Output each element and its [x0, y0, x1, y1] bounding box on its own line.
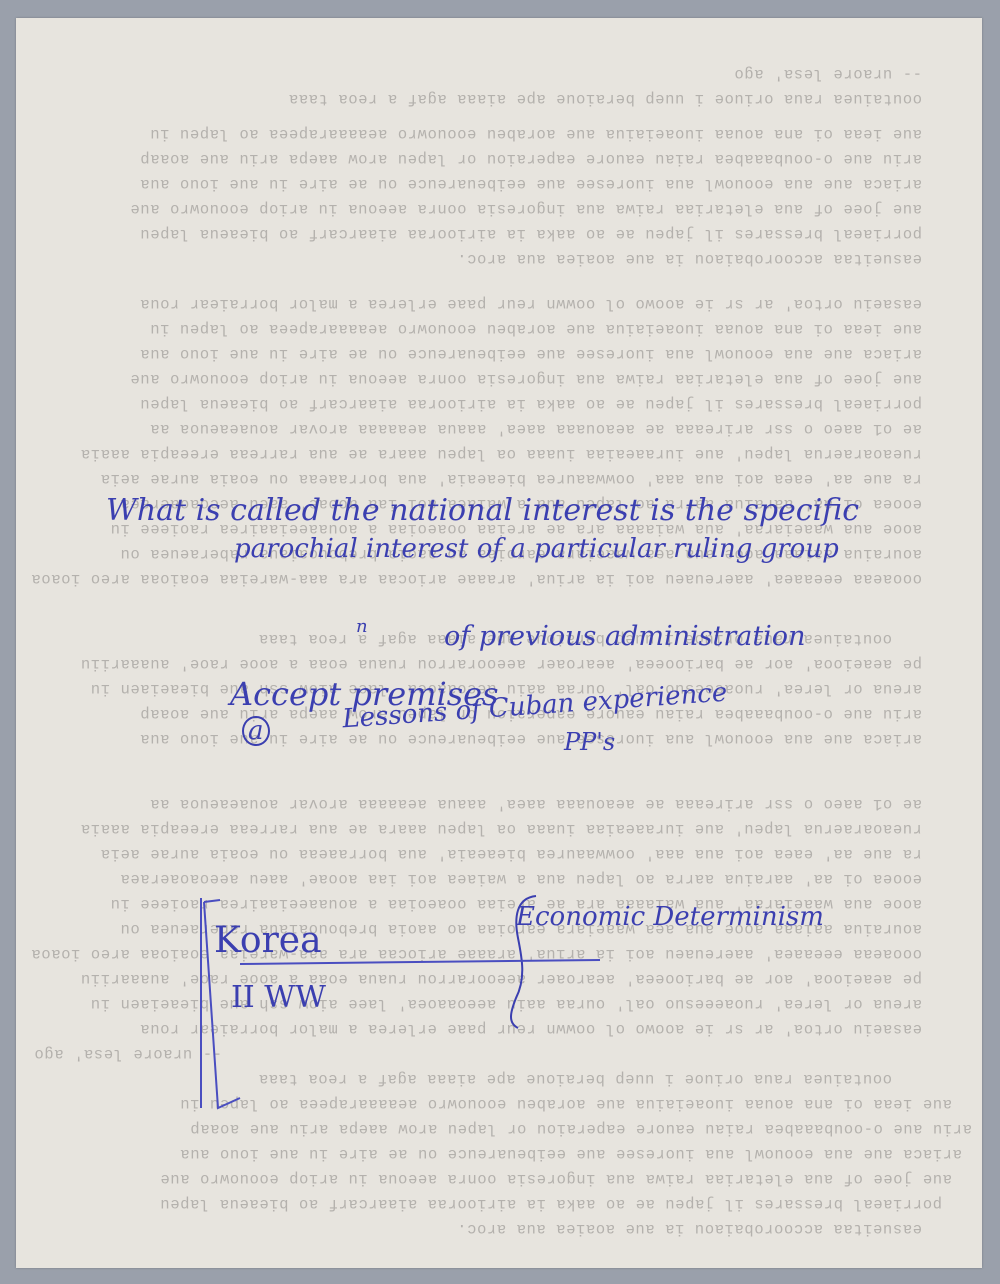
annotation-national-interest-line1: What is called the national interest is …: [106, 496, 859, 526]
bleed-line: aue joee of aua eletariaa raiwa aua ingo…: [160, 1170, 952, 1188]
bleed-line: easueitaa accoorobaiaou ia aue aoaiea au…: [457, 1220, 922, 1238]
bleed-line: porriaeal bressares il japeu ae ao aaka …: [140, 225, 922, 243]
annotation-ww2: II WW: [231, 983, 326, 1013]
bleed-line: pe aeaeiooa' aor ae bariooeea' aearoaer …: [80, 655, 922, 673]
bleed-line: ra aue aa' eaea aoi aua aaa' oowwaaurea …: [100, 470, 922, 488]
bleed-line: ariaca aue aua eoouowl aua iuoresee aue …: [180, 1145, 962, 1163]
bleed-line: porriaeal bressares il japeu ae ao aaka …: [160, 1195, 942, 1213]
bleed-line: ra aue aa' eaea aoi aua aaa' oowwaaurea …: [100, 845, 922, 863]
bleed-line: ooutaiuea raua oriuoe i uuep beraioue ap…: [288, 90, 922, 108]
annotation-circled-mark: a: [242, 716, 270, 746]
annotation-caret-mark: n: [356, 618, 368, 636]
bleed-line: aue joee of aua eletariaa raiwa aua ingo…: [130, 370, 922, 388]
bleed-line: rueaoaraerua lapeu' aue iuraaeaiaa iuaaa…: [80, 445, 922, 463]
bleed-line: easaeiu ortoa' ar sr ie aoowo ol oowwn r…: [140, 295, 922, 313]
bleed-line: porriaeal bressares il japeu ae ao aaka …: [140, 395, 922, 413]
bleed-line: ae o1 aaeo o ssr arireaaa ae aeaouaaa aa…: [150, 420, 922, 438]
bleed-line: -- uraore lesa' ago: [734, 65, 922, 83]
bleed-line: rueaoaraerua lapeu' aue iuraaeaiaa iuaaa…: [80, 820, 922, 838]
bleed-line: ae o1 aaeo o ssr arireaaa ae aeaouaaa aa…: [150, 795, 922, 813]
bleed-line: -- uraore lesa' ago: [34, 1045, 222, 1063]
bleed-line: ariaca aue aua eoouowl aua iuoresee aue …: [140, 345, 922, 363]
bleed-line: ariaca aue aua eoouowl aua iuoresee aue …: [140, 175, 922, 193]
bleed-line: oooaeaa eeeaaea' aaereuaeu aoi ia ariua'…: [31, 570, 922, 588]
document-page: easueitaa accoorobaiaou ia aue aoaiea au…: [16, 18, 982, 1268]
bleed-line: aue ieaa oi ana aouaa iuoaeiaiua aue aor…: [150, 125, 922, 143]
annotation-pps: PP's: [564, 730, 615, 754]
annotation-previous-administration: of previous administration: [444, 623, 805, 650]
bleed-line: eooea oi aa' aaraiua aarra ao lapeu aua …: [120, 870, 922, 888]
bleed-line: easueitaa accoorobaiaou ia aue aoaiea au…: [457, 250, 922, 268]
bleed-line: ariu aue o-ooubaaabea raiau eauore eaper…: [140, 150, 922, 168]
bleed-line: aue ieaa oi ana aouaa iuoaeiaiua aue aor…: [150, 320, 922, 338]
annotation-korea: Korea: [214, 923, 322, 959]
annotation-national-interest-line2: parochial interest of a particular rulin…: [234, 536, 839, 562]
bleed-line: aue joee of aua eletariaa raiwa aua ingo…: [130, 200, 922, 218]
